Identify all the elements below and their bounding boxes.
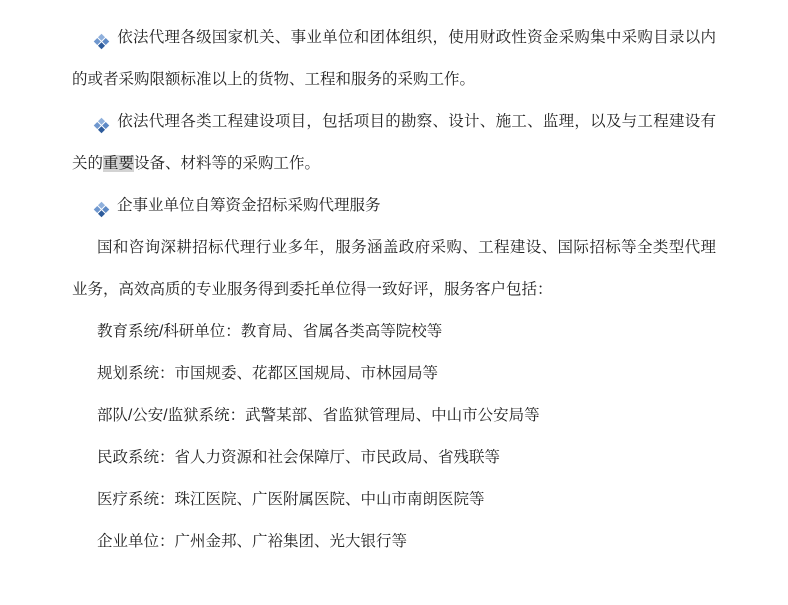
paragraph-text: 企事业单位自筹资金招标采购代理服务	[117, 197, 381, 214]
highlighted-text: 重要	[103, 155, 134, 172]
paragraph-text: 设备、材料等的采购工作。	[134, 155, 320, 172]
document-page: 依法代理各级国家机关、事业单位和团体组织，使用财政性资金采购集中采购目录以内的或…	[0, 0, 788, 605]
client-line-education: 教育系统/科研单位：教育局、省属各类高等院校等	[72, 311, 716, 353]
bullet-paragraph-3: 企事业单位自筹资金招标采购代理服务	[72, 185, 716, 227]
paragraph-text: 国和咨询深耕招标代理行业多年，服务涵盖政府采购、工程建设、国际招标等全类型代理业…	[72, 239, 716, 298]
client-line-medical: 医疗系统：珠江医院、广医附属医院、中山市南朗医院等	[72, 479, 716, 521]
diamond-bullet-icon	[94, 34, 110, 50]
intro-paragraph: 国和咨询深耕招标代理行业多年，服务涵盖政府采购、工程建设、国际招标等全类型代理业…	[72, 227, 716, 311]
paragraph-text: 部队/公安/监狱系统：武警某部、省监狱管理局、中山市公安局等	[97, 407, 540, 424]
client-line-enterprise: 企业单位：广州金邦、广裕集团、光大银行等	[72, 521, 716, 563]
paragraph-text: 教育系统/科研单位：教育局、省属各类高等院校等	[97, 323, 442, 340]
paragraph-text: 依法代理各级国家机关、事业单位和团体组织，使用财政性资金采购集中采购目录以内的或…	[72, 29, 716, 88]
bullet-paragraph-1: 依法代理各级国家机关、事业单位和团体组织，使用财政性资金采购集中采购目录以内的或…	[72, 17, 716, 101]
diamond-bullet-icon	[94, 202, 110, 218]
paragraph-text: 医疗系统：珠江医院、广医附属医院、中山市南朗医院等	[97, 491, 485, 508]
paragraph-text: 规划系统：市国规委、花都区国规局、市林园局等	[97, 365, 438, 382]
client-line-civil-affairs: 民政系统：省人力资源和社会保障厅、市民政局、省残联等	[72, 437, 716, 479]
client-line-planning: 规划系统：市国规委、花都区国规局、市林园局等	[72, 353, 716, 395]
diamond-bullet-icon	[94, 118, 110, 134]
paragraph-text: 民政系统：省人力资源和社会保障厅、市民政局、省残联等	[97, 449, 500, 466]
bullet-paragraph-2: 依法代理各类工程建设项目，包括项目的勘察、设计、施工、监理，以及与工程建设有关的…	[72, 101, 716, 185]
client-line-military-police: 部队/公安/监狱系统：武警某部、省监狱管理局、中山市公安局等	[72, 395, 716, 437]
paragraph-text: 企业单位：广州金邦、广裕集团、光大银行等	[97, 533, 407, 550]
